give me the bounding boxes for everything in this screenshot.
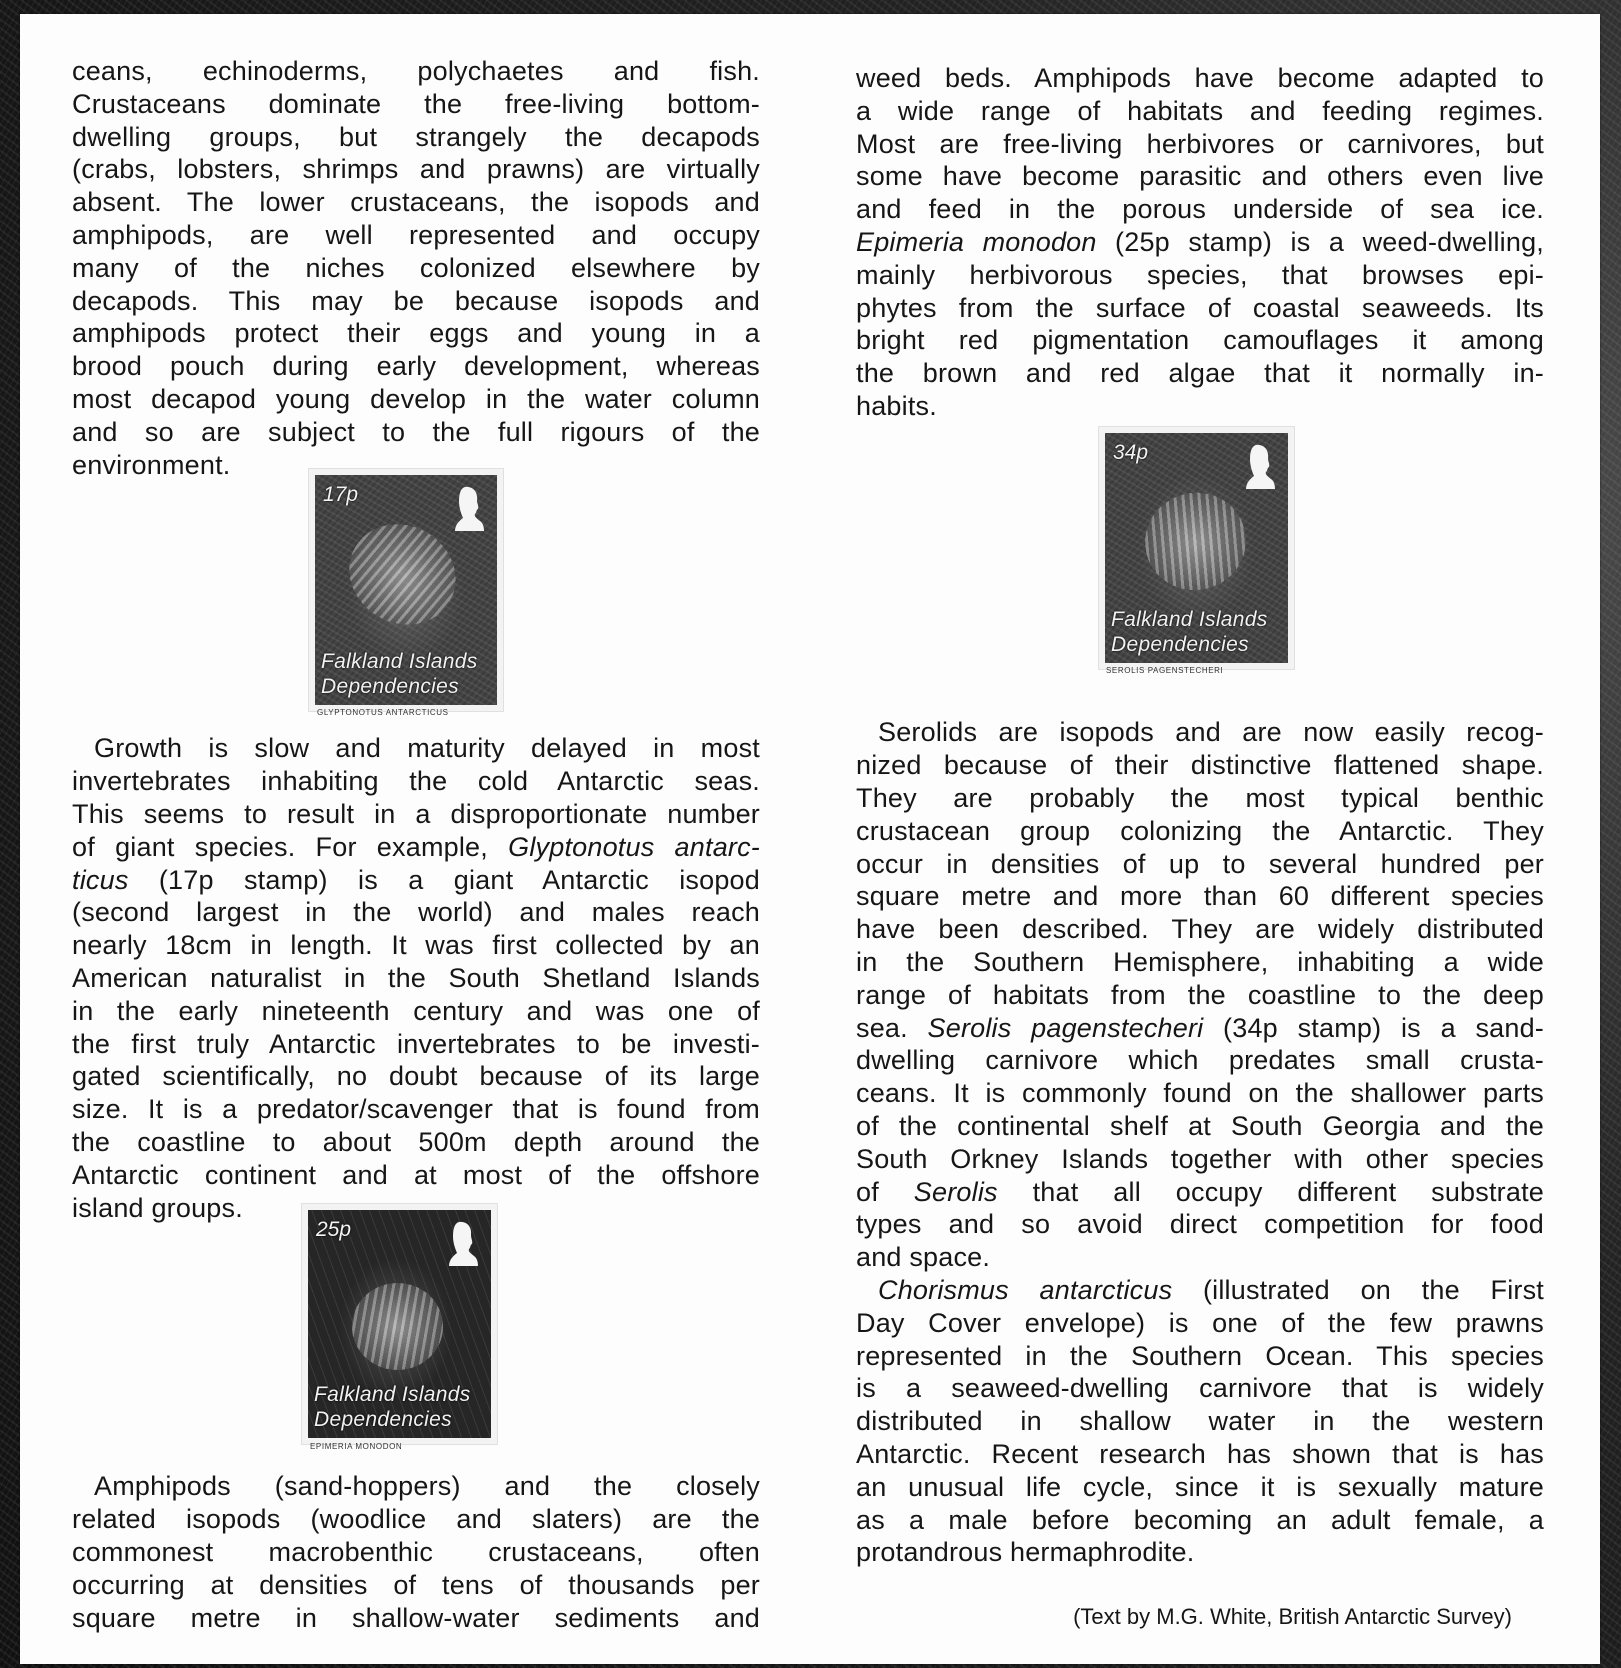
text-line: American naturalist in the South Shetlan… <box>72 962 760 994</box>
stamp-country-line-2: Dependencies <box>321 674 493 699</box>
stamp-country-line-1: Falkland Islands <box>321 649 493 674</box>
text-line: many of the niches colonized elsewhere b… <box>72 252 760 284</box>
text-line: phytes from the surface of coastal seawe… <box>856 292 1544 324</box>
species-name-italic: Epimeria monodon <box>856 227 1097 257</box>
text-line: weed beds. Amphipods have become adapted… <box>856 62 1544 94</box>
text-run: (34p stamp) is a sand- <box>1203 1013 1544 1043</box>
text-line: crustacean group colonizing the Antarcti… <box>856 815 1544 847</box>
text-line: related isopods (woodlice and slaters) a… <box>72 1503 760 1535</box>
text-line: range of habitats from the coastline to … <box>856 979 1544 1011</box>
text-line: brood pouch during early development, wh… <box>72 350 760 382</box>
text-line: and feed in the porous underside of sea … <box>856 193 1544 225</box>
text-line: of giant species. For example, Glyptonot… <box>72 831 760 863</box>
text-line: amphipods, are well represented and occu… <box>72 219 760 251</box>
text-line: Growth is slow and maturity delayed in m… <box>72 732 760 764</box>
text-line: gated scientifically, no doubt because o… <box>72 1060 760 1092</box>
stamp-country: Falkland Islands Dependencies <box>314 1382 487 1432</box>
text-line: ceans. It is commonly found on the shall… <box>856 1077 1544 1109</box>
text-line: Epimeria monodon (25p stamp) is a weed-d… <box>856 226 1544 258</box>
text-line: distributed in shallow water in the west… <box>856 1405 1544 1437</box>
text-line: in the early nineteenth century and was … <box>72 995 760 1027</box>
text-line: size. It is a predator/scavenger that is… <box>72 1093 760 1125</box>
text-run: (25p stamp) is a weed-dwelling, <box>1097 227 1544 257</box>
text-line: occur in densities of up to several hund… <box>856 848 1544 880</box>
text-line: of the continental shelf at South Georgi… <box>856 1110 1544 1142</box>
text-line: habits. <box>856 390 1544 422</box>
text-line: in the Southern Hemisphere, inhabiting a… <box>856 946 1544 978</box>
text-line: Chorismus antarcticus (illustrated on th… <box>856 1274 1544 1306</box>
species-name-italic: ticus <box>72 865 129 895</box>
text-line: a wide range of habitats and feeding reg… <box>856 95 1544 127</box>
text-line: Crustaceans dominate the free-living bot… <box>72 88 760 120</box>
text-line: (crabs, lobsters, shrimps and prawns) ar… <box>72 153 760 185</box>
stamp-caption: SEROLIS PAGENSTECHERI <box>1106 666 1223 675</box>
text-run: sea. <box>856 1013 928 1043</box>
text-run: of <box>856 1177 914 1207</box>
text-line: South Orkney Islands together with other… <box>856 1143 1544 1175</box>
genus-name-italic: Serolis <box>914 1177 998 1207</box>
text-line: bright red pigmentation camouflages it a… <box>856 324 1544 356</box>
text-line: invertebrates inhabiting the cold Antarc… <box>72 765 760 797</box>
queen-silhouette-icon <box>451 485 485 531</box>
text-line: most decapod young develop in the water … <box>72 383 760 415</box>
text-line: is a seaweed-dwelling carnivore that is … <box>856 1372 1544 1404</box>
text-line: have been described. They are widely dis… <box>856 913 1544 945</box>
text-line: Serolids are isopods and are now easily … <box>856 716 1544 748</box>
text-line: an unusual life cycle, since it is sexua… <box>856 1471 1544 1503</box>
stamp-caption: EPIMERIA MONODON <box>310 1442 402 1451</box>
text-line: decapods. This may be because isopods an… <box>72 285 760 317</box>
queen-silhouette-icon <box>445 1220 479 1266</box>
text-line: some have become parasitic and others ev… <box>856 160 1544 192</box>
text-line: dwelling groups, but strangely the decap… <box>72 121 760 153</box>
text-line: the coastline to about 500m depth around… <box>72 1126 760 1158</box>
stamp-value: 17p <box>323 483 358 507</box>
stamp-country: Falkland Islands Dependencies <box>321 649 493 699</box>
text-line: amphipods protect their eggs and young i… <box>72 317 760 349</box>
text-line: nearly 18cm in length. It was first coll… <box>72 929 760 961</box>
text-line: Most are free-living herbivores or carni… <box>856 128 1544 160</box>
text-line: They are probably the most typical benth… <box>856 782 1544 814</box>
document-page: ceans, echinoderms, polychaetes and fish… <box>20 14 1600 1664</box>
stamp-value: 34p <box>1113 441 1148 465</box>
text-line: nized because of their distinctive flatt… <box>856 749 1544 781</box>
species-name-italic: Serolis pagenstecheri <box>928 1013 1204 1043</box>
text-line: the brown and red algae that it normally… <box>856 357 1544 389</box>
text-line: mainly herbivorous species, that browses… <box>856 259 1544 291</box>
stamp-country-line-1: Falkland Islands <box>314 1382 487 1407</box>
species-name-italic: Chorismus antarcticus <box>878 1275 1172 1305</box>
text-line: as a male before becoming an adult femal… <box>856 1504 1544 1536</box>
queen-silhouette-icon <box>1242 443 1276 489</box>
stamp-34p: 34p Falkland Islands Dependencies <box>1105 433 1288 663</box>
text-line: and space. <box>856 1241 1544 1273</box>
text-line: sea. Serolis pagenstecheri (34p stamp) i… <box>856 1012 1544 1044</box>
author-attribution: (Text by M.G. White, British Antarctic S… <box>1073 1604 1512 1630</box>
text-line: absent. The lower crustaceans, the isopo… <box>72 186 760 218</box>
species-name-italic: Glyptonotus antarc- <box>508 832 760 862</box>
text-run: of giant species. For example, <box>72 832 508 862</box>
stamp-country-line-2: Dependencies <box>314 1407 487 1432</box>
stamp-value: 25p <box>316 1218 351 1242</box>
text-run: (illustrated on the First <box>1172 1275 1544 1305</box>
stamp-caption: GLYPTONOTUS ANTARCTICUS <box>317 708 449 717</box>
text-line: of Serolis that all occupy different sub… <box>856 1176 1544 1208</box>
text-run: (17p stamp) is a giant Antarctic isopod <box>159 865 760 895</box>
amphipod-illustration <box>352 1283 444 1370</box>
stamp-25p: 25p Falkland Islands Dependencies <box>308 1210 491 1438</box>
text-line: (second largest in the world) and males … <box>72 896 760 928</box>
text-line: and so are subject to the full rigours o… <box>72 416 760 448</box>
text-line: square metre in shallow-water sediments … <box>72 1602 760 1634</box>
text-line: Day Cover envelope) is one of the few pr… <box>856 1307 1544 1339</box>
text-line: Antarctic continent and at most of the o… <box>72 1159 760 1191</box>
text-line: types and so avoid direct competition fo… <box>856 1208 1544 1240</box>
text-line: This seems to result in a disproportiona… <box>72 798 760 830</box>
stamp-17p: 17p Falkland Islands Dependencies <box>315 475 497 705</box>
text-line: the first truly Antarctic invertebrates … <box>72 1028 760 1060</box>
text-run: that all occupy different substrate <box>998 1177 1544 1207</box>
text-line: occurring at densities of tens of thousa… <box>72 1569 760 1601</box>
text-line: Antarctic. Recent research has shown tha… <box>856 1438 1544 1470</box>
text-line: ticus (17p stamp) is a giant Antarctic i… <box>72 864 760 896</box>
text-line: square metre and more than 60 different … <box>856 880 1544 912</box>
stamp-country-line-2: Dependencies <box>1111 632 1284 657</box>
text-line: ceans, echinoderms, polychaetes and fish… <box>72 55 760 87</box>
stamp-country-line-1: Falkland Islands <box>1111 607 1284 632</box>
text-line: Amphipods (sand-hoppers) and the closely <box>72 1470 760 1502</box>
text-line: represented in the Southern Ocean. This … <box>856 1340 1544 1372</box>
stamp-country: Falkland Islands Dependencies <box>1111 607 1284 657</box>
text-line: commonest macrobenthic crustaceans, ofte… <box>72 1536 760 1568</box>
text-line: protandrous hermaphrodite. <box>856 1536 1544 1568</box>
text-line: dwelling carnivore which predates small … <box>856 1044 1544 1076</box>
